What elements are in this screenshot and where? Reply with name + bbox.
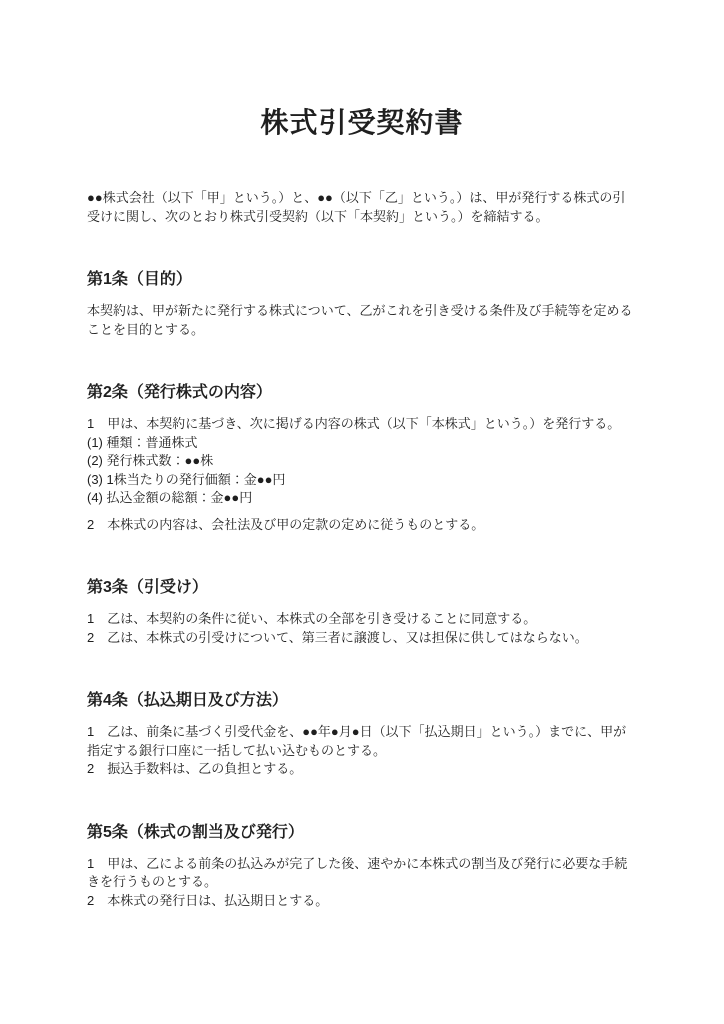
section-paragraph: 1 甲は、乙による前条の払込みが完了した後、速やかに本株式の割当及び発行に必要な…: [87, 855, 637, 892]
section-heading: 第4条（払込期日及び方法）: [87, 691, 637, 711]
section-paragraph: 2 本株式の発行日は、払込期日とする。: [87, 892, 637, 911]
section-article-3: 第3条（引受け） 1 乙は、本契約の条件に従い、本株式の全部を引き受けることに同…: [87, 578, 637, 647]
section-article-1: 第1条（目的） 本契約は、甲が新たに発行する株式について、乙がこれを引き受ける条…: [87, 270, 637, 339]
section-paragraph: 1 甲は、本契約に基づき、次に掲げる内容の株式（以下「本株式」という。）を発行す…: [87, 415, 637, 434]
list-item: (4) 払込金額の総額：金●●円: [87, 489, 637, 508]
list-item: (3) 1株当たりの発行価額：金●●円: [87, 471, 637, 490]
section-article-5: 第5条（株式の割当及び発行） 1 甲は、乙による前条の払込みが完了した後、速やか…: [87, 823, 637, 911]
section-paragraph: 2 振込手数料は、乙の負担とする。: [87, 760, 637, 779]
section-heading: 第2条（発行株式の内容）: [87, 383, 637, 403]
section-paragraph: 2 乙は、本株式の引受けについて、第三者に譲渡し、又は担保に供してはならない。: [87, 629, 637, 648]
section-article-4: 第4条（払込期日及び方法） 1 乙は、前条に基づく引受代金を、●●年●月●日（以…: [87, 691, 637, 779]
section-heading: 第3条（引受け）: [87, 578, 637, 598]
section-paragraph: 1 乙は、本契約の条件に従い、本株式の全部を引き受けることに同意する。: [87, 610, 637, 629]
section-article-2: 第2条（発行株式の内容） 1 甲は、本契約に基づき、次に掲げる内容の株式（以下「…: [87, 383, 637, 534]
section-heading: 第1条（目的）: [87, 270, 637, 290]
document-page: 株式引受契約書 ●●株式会社（以下「甲」という。）と、●●（以下「乙」という。）…: [0, 0, 724, 1024]
section-heading: 第5条（株式の割当及び発行）: [87, 823, 637, 843]
section-paragraph: 1 乙は、前条に基づく引受代金を、●●年●月●日（以下「払込期日」という。）まで…: [87, 723, 637, 760]
intro-paragraph: ●●株式会社（以下「甲」という。）と、●●（以下「乙」という。）は、甲が発行する…: [87, 189, 637, 226]
document-title: 株式引受契約書: [87, 106, 637, 139]
list-item: (1) 種類：普通株式: [87, 434, 637, 453]
section-paragraph: 2 本株式の内容は、会社法及び甲の定款の定めに従うものとする。: [87, 516, 637, 535]
list-item: (2) 発行株式数：●●株: [87, 452, 637, 471]
section-paragraph: 本契約は、甲が新たに発行する株式について、乙がこれを引き受ける条件及び手続等を定…: [87, 302, 637, 339]
